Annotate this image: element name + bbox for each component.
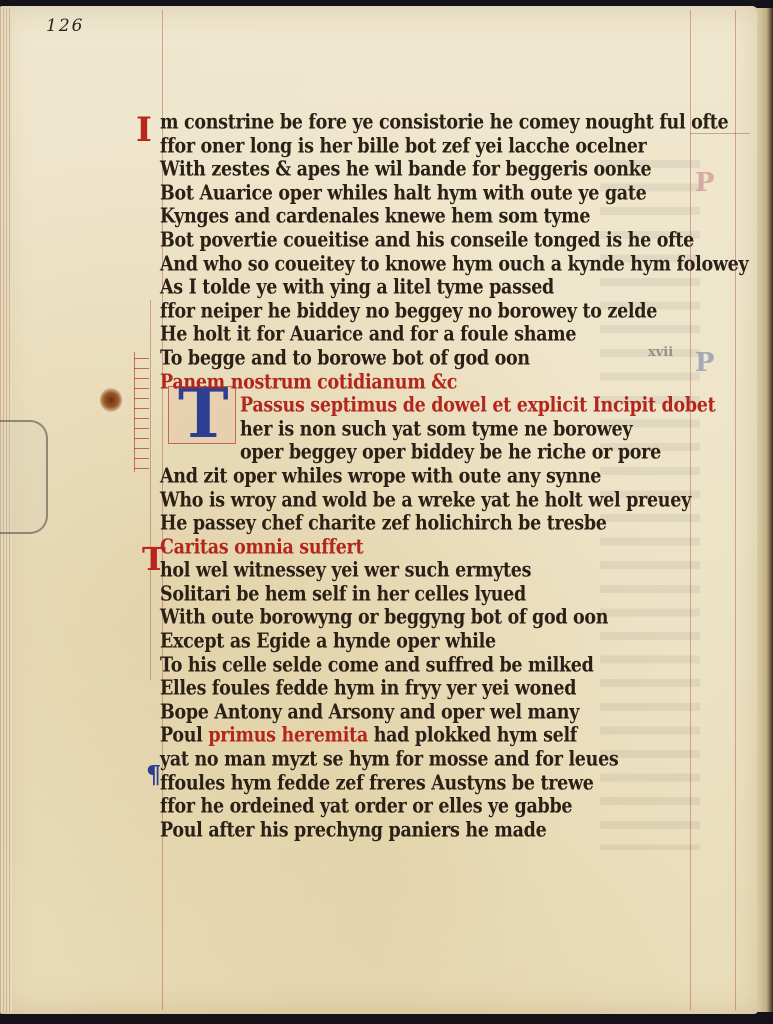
text-line: To begge and to borowe bot of god oon: [160, 346, 760, 373]
folio-number: 126: [46, 16, 84, 36]
ink-stain: [100, 388, 122, 412]
blue-paragraph-mark: ¶: [146, 760, 161, 789]
text-line: Poul after his prechyng paniers he made: [160, 818, 760, 845]
red-penwork-border: [134, 352, 149, 472]
ruling-left-red: [150, 300, 151, 680]
text-segment: Poul: [160, 725, 208, 748]
rubric-inline: primus heremita: [208, 725, 368, 748]
reading-glasses-reflection: [0, 420, 48, 534]
text-block: m constrine be fore ye consistorie he co…: [160, 112, 760, 843]
text-line: And zit oper whiles wrope with oute any …: [160, 464, 760, 491]
background-bottom: [0, 1014, 773, 1024]
red-initial-i: I: [136, 110, 152, 150]
text-segment: had plokked hym self: [368, 725, 577, 748]
